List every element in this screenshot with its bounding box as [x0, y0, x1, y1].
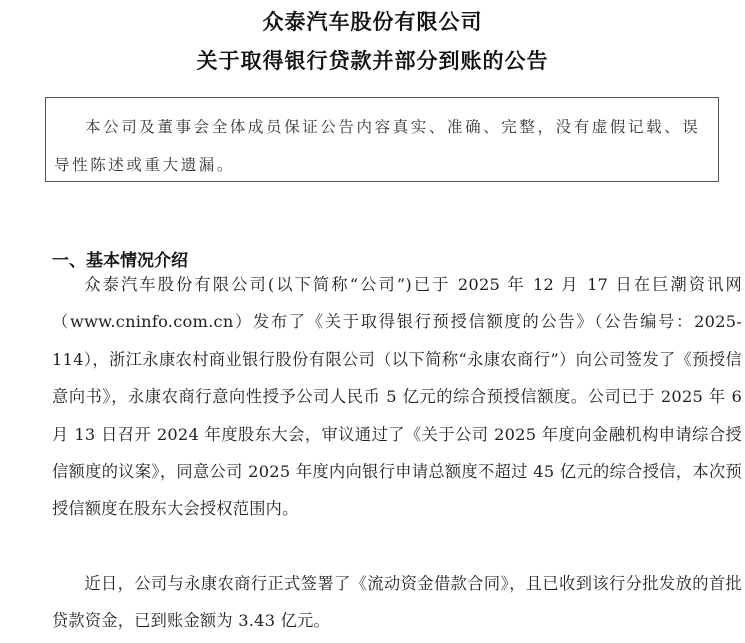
announcement-title: 关于取得银行贷款并部分到账的公告: [0, 45, 745, 75]
company-title: 众泰汽车股份有限公司: [0, 6, 745, 36]
paragraph-background: 众泰汽车股份有限公司(以下简称“公司”)已于 2025 年 12 月 17 日在…: [52, 266, 742, 528]
disclaimer-box: 本公司及董事会全体成员保证公告内容真实、准确、完整，没有虚假记载、误导性陈述或重…: [45, 97, 719, 182]
disclaimer-text: 本公司及董事会全体成员保证公告内容真实、准确、完整，没有虚假记载、误导性陈述或重…: [54, 108, 714, 184]
paragraph-loan-received: 近日，公司与永康农商行正式签署了《流动资金借款合同》，且已收到该行分批发放的首批…: [52, 565, 742, 640]
